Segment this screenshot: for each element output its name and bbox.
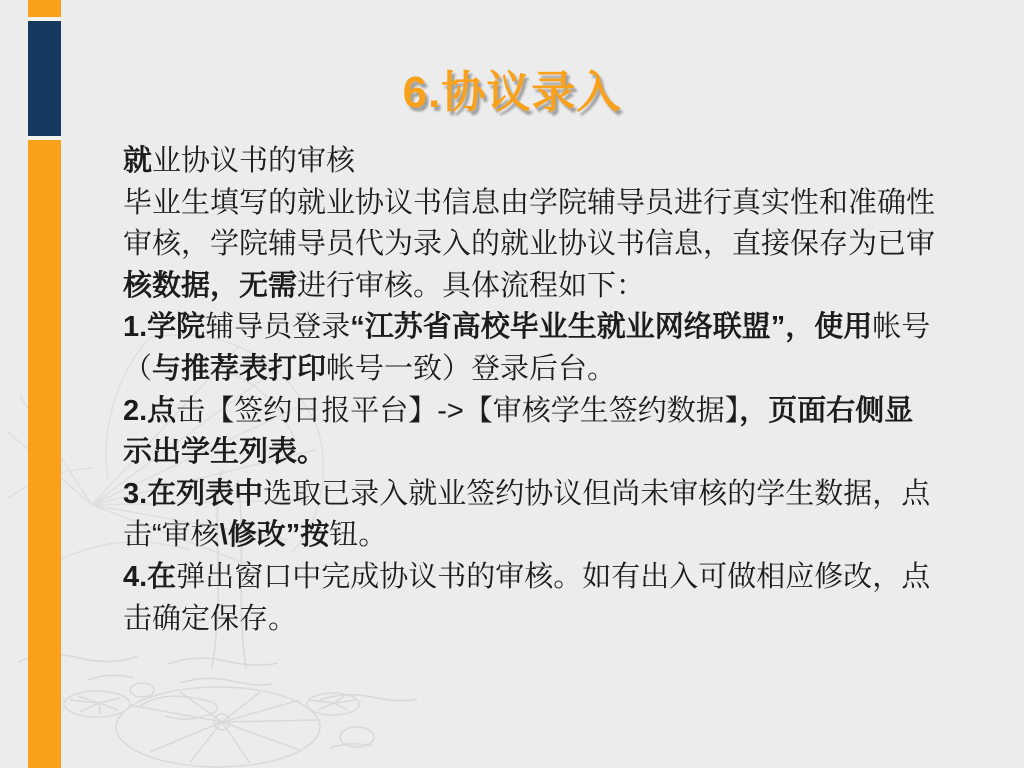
text-run: 辅导员登录 (205, 311, 350, 343)
text-run-bold: 就 (123, 145, 152, 177)
text-run-bold: 与推荐表打印 (152, 353, 326, 385)
slide-title: 6.协议录入 (0, 56, 1024, 120)
sidebar-orange-top-segment (28, 0, 61, 17)
text-run-bold: \修改”按 (220, 519, 330, 551)
lotus-leaf-small-left (64, 691, 130, 717)
text-run-bold: 核数据，无需 (123, 270, 297, 302)
text-line: 1.学院辅导员登录“江苏省高校毕业生就业网络联盟”，使用帐号 (123, 307, 959, 349)
text-line: 击“审核\修改”按钮。 (123, 515, 959, 557)
sidebar-orange-bottom-segment (28, 140, 61, 768)
text-run-bold: ，页面右侧显 (739, 395, 913, 427)
text-line: 核数据，无需进行审核。具体流程如下： (123, 266, 959, 308)
text-run: 击确定保存。 (123, 603, 297, 635)
text-run: 进行审核。具体流程如下： (297, 270, 645, 302)
text-run: 选取已录入就业签约协议但尚未审核的学生数据，点 (263, 478, 930, 510)
text-run-bold: “江苏省高校毕业生就业网络联盟”，使用 (350, 311, 872, 343)
text-line: （与推荐表打印帐号一致）登录后台。 (123, 349, 959, 391)
text-run-bold: 1.学院 (123, 311, 205, 343)
text-run: 毕业生填写的就业协议书信息由学院辅导员进行真实性和准确性 (123, 187, 935, 219)
text-line: 就业协议书的审核 (123, 141, 959, 183)
text-run: 帐号 (872, 311, 930, 343)
slide-canvas: { "slide": { "title": "6.协议录入", "colors"… (0, 0, 1024, 768)
text-run-bold: 3.在列表中 (123, 478, 263, 510)
lotus-leaf-small-right (307, 693, 359, 715)
text-run: 弹出窗口中完成协议书的审核。如有出入可做相应修改，点 (176, 561, 930, 593)
text-run: 击【签约日报平台】->【审核学生签约数据】 (176, 395, 739, 427)
text-line: 2.点击【签约日报平台】->【审核学生签约数据】，页面右侧显 (123, 391, 959, 433)
text-run: 业协议书的审核 (152, 145, 355, 177)
text-run: 帐号一致）登录后台。 (326, 353, 616, 385)
pond-pebble (130, 683, 154, 697)
text-line: 3.在列表中选取已录入就业签约协议但尚未审核的学生数据，点 (123, 474, 959, 516)
lotus-leaf-large (116, 687, 320, 767)
body-text: 就业协议书的审核毕业生填写的就业协议书信息由学院辅导员进行真实性和准确性审核，学… (123, 141, 959, 640)
text-run: 击“审核 (123, 519, 220, 551)
pond-waves (18, 655, 417, 748)
text-run: 审核，学院辅导员代为录入的就业协议书信息，直接保存为已审 (123, 228, 935, 260)
text-line: 示出学生列表。 (123, 432, 959, 474)
text-run-bold: 2.点 (123, 395, 176, 427)
text-run: （ (123, 353, 152, 385)
text-run-bold: 示出学生列表。 (123, 436, 326, 468)
pond-pebble (340, 727, 374, 747)
text-line: 击确定保存。 (123, 599, 959, 641)
text-line: 4.在弹出窗口中完成协议书的审核。如有出入可做相应修改，点 (123, 557, 959, 599)
text-line: 毕业生填写的就业协议书信息由学院辅导员进行真实性和准确性 (123, 183, 959, 225)
text-run: 钮。 (329, 519, 387, 551)
text-line: 审核，学院辅导员代为录入的就业协议书信息，直接保存为已审 (123, 224, 959, 266)
text-run-bold: 4.在 (123, 561, 176, 593)
